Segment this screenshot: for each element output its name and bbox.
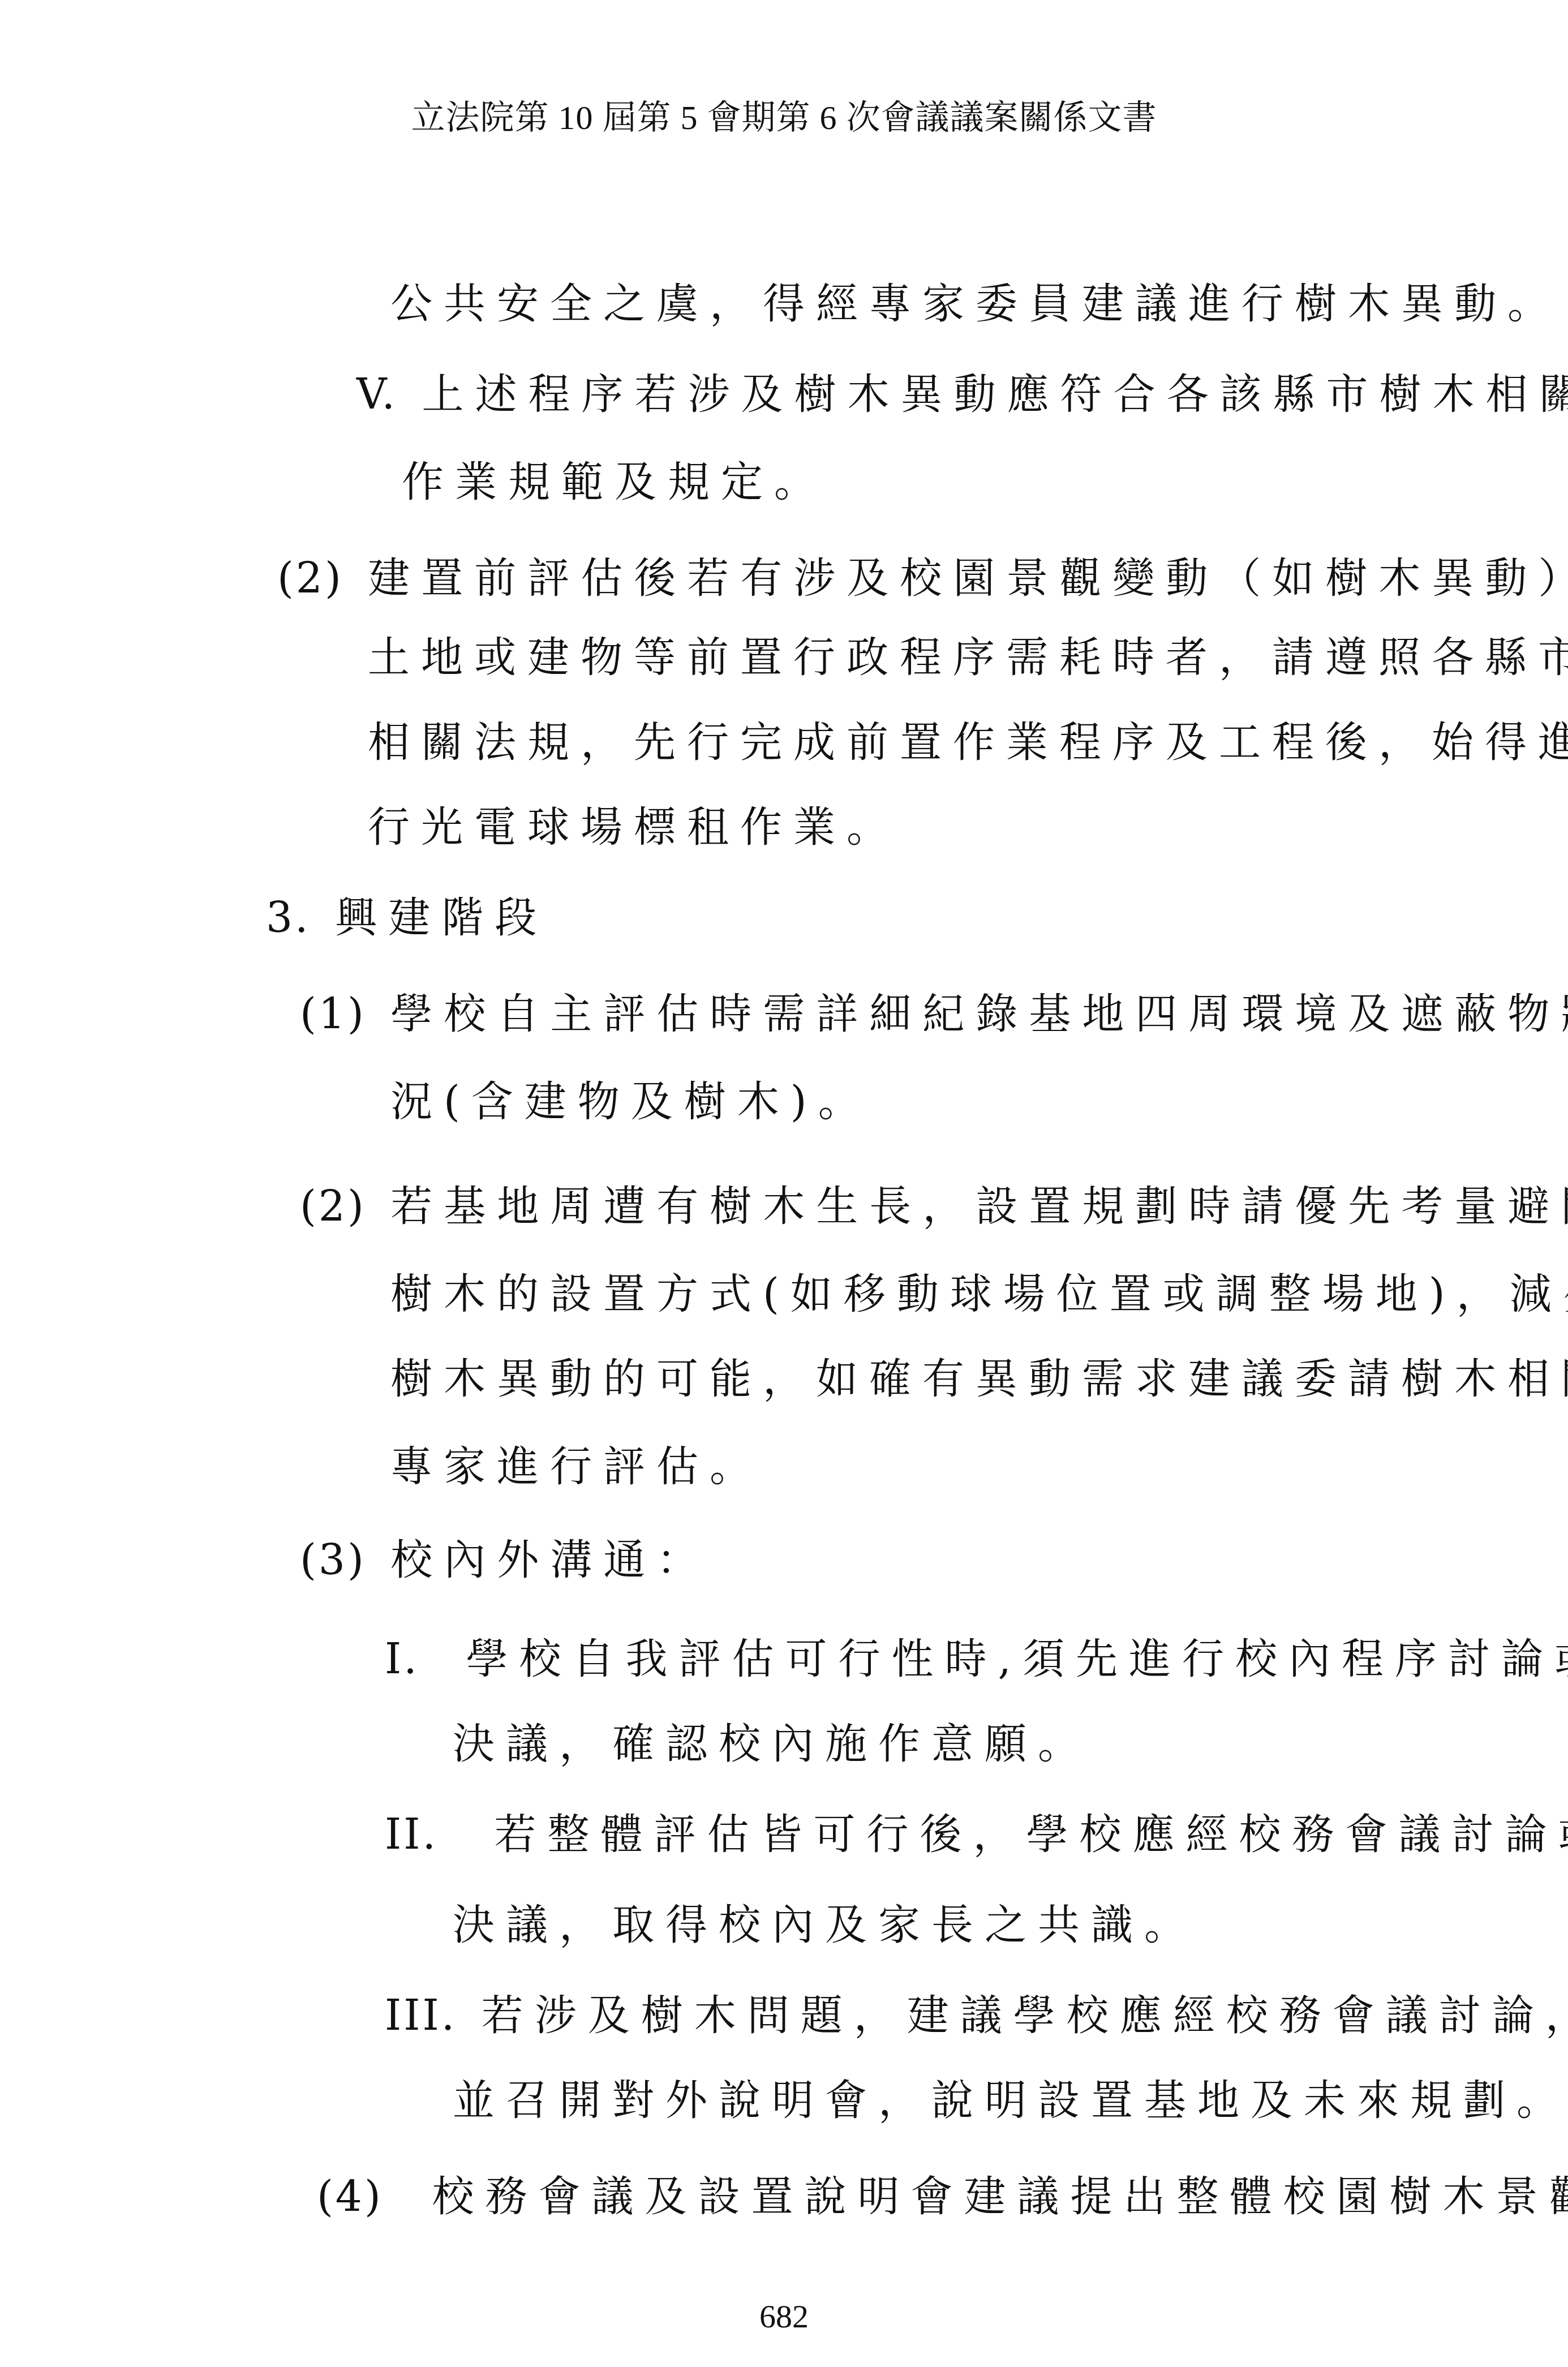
list-item-ii: II. 若整體評估皆可行後，學校應經校務會議討論或 <box>385 1814 1568 1855</box>
section-title: 興建階段 <box>335 893 548 942</box>
line-text: 行光電球場標租作業。 <box>368 803 900 852</box>
list-marker: III. <box>385 1991 457 2040</box>
list-marker: (4) <box>317 2176 407 2218</box>
text-line: 作業規範及規定。 <box>402 461 827 503</box>
list-item-3: (3) 校內外溝通： <box>300 1539 710 1581</box>
line-text: 若涉及樹木問題，建議學校應經校務會議討論， <box>482 1991 1568 2040</box>
document-header: 立法院第 10 屆第 5 會期第 6 次會議議案關係文書 <box>0 91 1568 139</box>
line-text: 若基地周遭有樹木生長，設置規劃時請優先考量避開 <box>390 1182 1568 1231</box>
page-number: 682 <box>0 2297 1568 2335</box>
text-line: 土地或建物等前置行政程序需耗時者，請遵照各縣市 <box>368 637 1568 678</box>
list-marker: (1) <box>300 990 366 1038</box>
line-text: 校務會議及設置說明會建議提出整體校園樹木景觀 <box>432 2172 1568 2221</box>
list-item-2: (2) 若基地周遭有樹木生長，設置規劃時請優先考量避開 <box>300 1185 1568 1227</box>
text-line: 決議，確認校內施作意願。 <box>453 1723 1091 1765</box>
line-text: 建置前評估後若有涉及校園景觀變動（如樹木異動）、 <box>368 554 1568 603</box>
line-text: 上述程序若涉及樹木異動應符合各該縣市樹木相關 <box>422 370 1568 419</box>
list-item-v: V. 上述程序若涉及樹木異動應符合各該縣市樹木相關 <box>356 373 1568 415</box>
line-text: 樹木異動的可能，如確有異動需求建議委請樹木相關 <box>390 1355 1568 1403</box>
list-marker: (3) <box>300 1536 366 1584</box>
line-text: 並召開對外說明會，說明設置基地及未來規劃。 <box>453 2076 1568 2125</box>
line-text: 樹木的設置方式(如移動球場位置或調整場地)，減少 <box>390 1270 1568 1318</box>
line-text: 學校自主評估時需詳細紀錄基地四周環境及遮蔽物狀 <box>390 990 1568 1038</box>
text-line: 並召開對外說明會，說明設置基地及未來規劃。 <box>453 2080 1568 2121</box>
section-number: 3. <box>266 893 311 942</box>
line-text: 決議，確認校內施作意願。 <box>453 1720 1091 1768</box>
section-heading-3: 3. 興建階段 <box>266 897 548 939</box>
line-text: 校內外溝通： <box>390 1536 710 1584</box>
text-line: 相關法規，先行完成前置作業程序及工程後，始得進 <box>368 721 1568 763</box>
text-line: 決議，取得校內及家長之共識。 <box>453 1904 1197 1946</box>
line-text: 學校自我評估可行性時,須先進行校內程序討論或 <box>466 1635 1568 1683</box>
list-marker: II. <box>385 1814 470 1855</box>
text-line: 樹木異動的可能，如確有異動需求建議委請樹木相關 <box>390 1358 1568 1400</box>
list-item-2: (2) 建置前評估後若有涉及校園景觀變動（如樹木異動）、 <box>277 557 1568 599</box>
text-line: 行光電球場標租作業。 <box>368 806 900 848</box>
list-marker: V. <box>356 370 397 419</box>
line-text: 況(含建物及樹木)。 <box>390 1077 871 1126</box>
text-line: 樹木的設置方式(如移動球場位置或調整場地)，減少 <box>390 1273 1568 1315</box>
list-marker: (2) <box>277 554 343 603</box>
text-line: 公共安全之虞，得經專家委員建議進行樹木異動。 <box>390 283 1561 325</box>
list-marker: I. <box>385 1638 441 1680</box>
list-item-i: I. 學校自我評估可行性時,須先進行校內程序討論或 <box>385 1638 1568 1680</box>
list-item-iii: III. 若涉及樹木問題，建議學校應經校務會議討論， <box>385 1995 1568 2037</box>
line-text: 若整體評估皆可行後，學校應經校務會議討論或 <box>495 1810 1568 1859</box>
line-text: 專家進行評估。 <box>390 1442 763 1491</box>
text-line: 專家進行評估。 <box>390 1446 763 1488</box>
list-item-1: (1) 學校自主評估時需詳細紀錄基地四周環境及遮蔽物狀 <box>300 993 1568 1035</box>
list-item-4: (4) 校務會議及設置說明會建議提出整體校園樹木景觀 <box>317 2176 1568 2218</box>
text-line: 況(含建物及樹木)。 <box>390 1081 871 1123</box>
line-text: 作業規範及規定。 <box>402 458 827 506</box>
line-text: 土地或建物等前置行政程序需耗時者，請遵照各縣市 <box>368 633 1568 682</box>
line-text: 決議，取得校內及家長之共識。 <box>453 1901 1197 1949</box>
line-text: 公共安全之虞，得經專家委員建議進行樹木異動。 <box>390 280 1561 328</box>
list-marker: (2) <box>300 1182 366 1231</box>
line-text: 相關法規，先行完成前置作業程序及工程後，始得進 <box>368 718 1568 767</box>
